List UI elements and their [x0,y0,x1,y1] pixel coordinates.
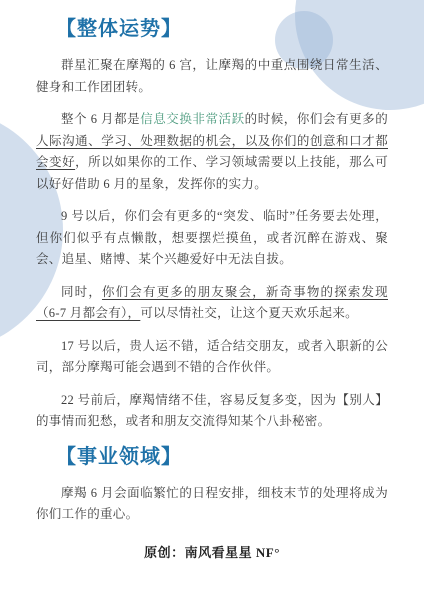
text-run: 整个 6 月都是 [61,112,140,126]
paragraph-career-schedule: 摩羯 6 月会面临繁忙的日程安排，细枝末节的处理将成为你们工作的重心。 [36,483,388,526]
paragraph-after-17th: 17 号以后，贵人运不错，适合结交朋友，或者入职新的公司，部分摩羯可能会遇到不错… [36,336,388,379]
document-page: 【整体运势】 群星汇聚在摩羯的 6 宫，让摩羯的中重点围绕日常生活、健身和工作团… [0,0,424,600]
paragraph-around-22nd: 22 号前后，摩羯情绪不佳，容易反复多变，因为【别人】的事情而犯愁，或者和朋友交… [36,390,388,433]
text-run: 同时， [61,285,102,299]
paragraph-stars-gather: 群星汇聚在摩羯的 6 宫，让摩羯的中重点围绕日常生活、健身和工作团团转。 [36,55,388,98]
text-run: 群星汇聚在摩羯的 6 宫，让摩羯的中重点围绕日常生活、健身和工作团团转。 [36,58,388,94]
document-content: 【整体运势】 群星汇聚在摩羯的 6 宫，让摩羯的中重点围绕日常生活、健身和工作团… [0,0,424,561]
text-run: 17 号以后，贵人运不错，适合结交朋友，或者入职新的公司，部分摩羯可能会遇到不错… [36,339,388,375]
text-run: 9 号以后，你们会有更多的“突发、临时”任务要去处理，但你们似乎有点懒散，想要摆… [36,209,388,266]
section-heading-overall-fortune: 【整体运势】 [36,16,388,42]
text-run: 的时候，你们会有更多的 [245,112,388,126]
text-run: 可以尽情社交，让这个夏天欢乐起来。 [140,306,358,320]
section-heading-career: 【事业领域】 [36,444,388,470]
text-run: 摩羯 6 月会面临繁忙的日程安排，细枝末节的处理将成为你们工作的重心。 [36,486,388,522]
text-run: ，所以如果你的工作、学习领域需要以上技能，那么可以好好借助 6 月的星象，发挥你… [36,155,388,191]
paragraph-june-info-exchange: 整个 6 月都是信息交换非常活跃的时候，你们会有更多的人际沟通、学习、处理数据的… [36,109,388,195]
text-run: 22 号前后，摩羯情绪不佳，容易反复多变，因为【别人】的事情而犯愁，或者和朋友交… [36,393,388,429]
author-credit: 原创：南风看星星 NF° [36,542,388,561]
paragraph-friend-gatherings: 同时，你们会有更多的朋友聚会，新奇事物的探索发现（6-7 月都会有），可以尽情社… [36,282,388,325]
paragraph-after-9th: 9 号以后，你们会有更多的“突发、临时”任务要去处理，但你们似乎有点懒散，想要摆… [36,206,388,271]
text-run: 信息交换非常活跃 [140,112,244,126]
